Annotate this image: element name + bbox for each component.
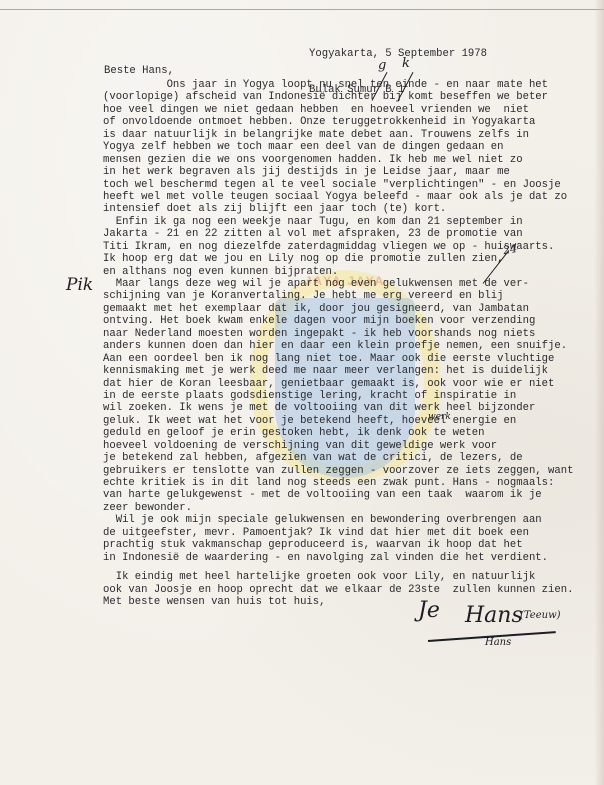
salutation: Beste Hans, [104,65,174,77]
paragraph-2: Enfin ik ga nog een weekje naar Tugu, en… [103,216,593,278]
signature-name: Hans [465,603,523,628]
page-right-edge [594,0,604,785]
text-line: Jakarta - 21 en 22 zitten al vol met afs… [103,228,593,240]
scanned-letter-page: JAYA JAYA Yogyakarta, 5 September 1978 B… [0,0,604,785]
handwritten-initial-1: g [378,58,386,73]
text-line: naar Nederland moesten worden ingepakt -… [103,328,593,340]
signature-surname: (Teeuw) [520,610,561,621]
handwritten-insert-werk: werk [428,412,451,422]
signature-initial: Je [418,598,440,623]
text-line: Enfin ik ga nog een weekje naar Tugu, en… [103,216,593,228]
text-line: prachtig stuk vakmanschap geproduceerd i… [103,539,593,551]
text-line: hoeveel voldoening de verschijning van d… [103,440,593,452]
text-line: Ons jaar in Yogya loopt nu snel ten eind… [103,79,593,91]
text-line: of onvoldoende ontmoet hebben. Onze teru… [103,116,593,128]
text-line: in het werk begraven als jij destijds in… [103,166,593,178]
text-line: Maar langs deze weg wil je apart nog eve… [103,278,593,290]
text-line: je betekend zal hebben, afgezien van wat… [103,452,593,464]
text-line: is daar natuurlijk in belangrijke mate d… [103,129,593,141]
text-line: van harte gelukgewenst - met de voltooii… [103,489,593,501]
place-date: Yogyakarta, 5 September 1978 [309,48,487,60]
text-line: zeer bewonder. [103,502,593,514]
text-line: anders kunnen doen dan hier en daar een … [103,340,593,352]
text-line: toch wel beschermd tegen al te veel soci… [103,179,593,191]
text-line: en althans nog even kunnen bijpraten. [103,266,593,278]
text-line: heeft wel met volle teugen sociaal Yogya… [103,191,593,203]
handwritten-initial-2: k [402,56,410,71]
text-line: intensief doet als zij blijft een jaar t… [103,203,593,215]
text-line: geduld en geloof je erin gestoken hebt, … [103,427,593,439]
text-line: Aan een oordeel ben ik nog lang niet toe… [103,353,593,365]
text-line: wil zoeken. Ik wens je met de voltooiing… [103,402,593,414]
text-line: mensen gezien die we ons voorgenomen had… [103,154,593,166]
text-line: ontving. Het boek kwam enkele dagen voor… [103,315,593,327]
text-line: Yogya zelf hebben we toch maar een deel … [103,141,593,153]
text-line: hoe veel dingen we niet gedaan hebben en… [103,104,593,116]
text-line: in de eerste plaats godsdienstige lering… [103,390,593,402]
letter-body: Ons jaar in Yogya loopt nu snel ten eind… [103,79,593,608]
text-line: in Indonesië de waardering - en navolgin… [103,552,593,564]
text-line: de uitgeefster, mevr. Pamoentjak? Ik vin… [103,527,593,539]
text-line: (voorlopige) afscheid van Indonesië dich… [103,91,593,103]
signature-below-line: Hans [485,637,511,648]
paragraph-gap [103,564,593,571]
text-line: Ik eindig met heel hartelijke groeten oo… [103,571,593,583]
paragraph-4: Wil je ook mijn speciale gelukwensen en … [103,514,593,564]
text-line: geluk. Ik weet wat het voor je betekend … [103,415,593,427]
text-line: Ik hoop erg dat we jou en Lily nog op di… [103,253,593,265]
paragraph-1: Ons jaar in Yogya loopt nu snel ten eind… [103,79,593,216]
text-line: dat hier de Koran leesbaar, genietbaar g… [103,378,593,390]
text-line: kennismaking met je werk deed me naar me… [103,365,593,377]
text-line: schijning van je Koranvertaling. Je hebt… [103,290,593,302]
text-line: gebruikers er tenslotte van zullen zegge… [103,465,593,477]
text-line: ook van Joosje en hoop oprecht dat we el… [103,584,593,596]
paragraph-3: Maar langs deze weg wil je apart nog eve… [103,278,593,514]
text-line: echte kritiek is in dit land nog steeds … [103,477,593,489]
page-top-edge [0,9,604,10]
text-line: Titi Ikram, en nog diezelfde zaterdagmid… [103,241,593,253]
handwritten-margin-note: Pik [66,275,93,295]
text-line: gemaakt met het exemplaar dat ik, door j… [103,303,593,315]
text-line: Wil je ook mijn speciale gelukwensen en … [103,514,593,526]
